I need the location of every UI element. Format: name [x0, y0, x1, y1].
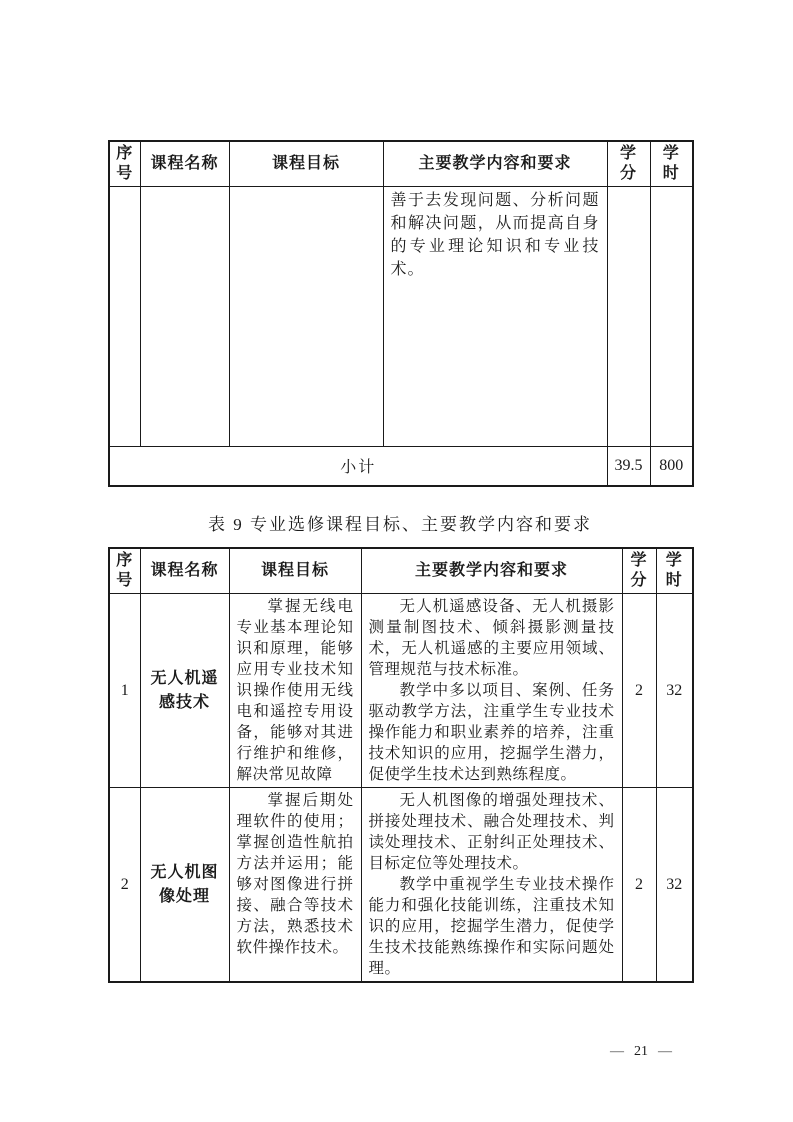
cell-content: 无人机图像的增强处理技术、拼接处理技术、融合处理技术、判读处理技术、正射纠正处理…	[361, 788, 622, 983]
subtotal-credits: 39.5	[607, 447, 650, 486]
subtotal-label: 小计	[109, 447, 607, 486]
cell-goal-empty	[229, 187, 383, 447]
cell-credits-empty	[607, 187, 650, 447]
header-index: 序 号	[109, 548, 140, 594]
cell-hours: 32	[656, 788, 693, 983]
table-row-course-2: 2 无人机图像处理 掌握后期处理软件的使用；掌握创造性航拍方法并运用；能够对图像…	[109, 788, 693, 983]
content-paragraph-2: 教学中多以项目、案例、任务驱动教学方法，注重学生专业技术操作能力和职业素养的培养…	[369, 680, 615, 785]
table1-subtotal-row: 小计 39.5 800	[109, 447, 693, 486]
subtotal-hours: 800	[650, 447, 693, 486]
cell-course-goal: 掌握后期处理软件的使用；掌握创造性航拍方法并运用；能够对图像进行拼接、融合等技术…	[229, 788, 361, 983]
table2-header-row: 序 号 课程名称 课程目标 主要教学内容和要求 学 分 学 时	[109, 548, 693, 594]
table1-body-row: 善于去发现问题、分析问题和解决问题，从而提高自身的专业理论知识和专业技术。	[109, 187, 693, 447]
content-paragraph: 善于去发现问题、分析问题和解决问题，从而提高自身的专业理论知识和专业技术。	[391, 189, 600, 281]
cell-name-empty	[140, 187, 229, 447]
goal-paragraph: 掌握无线电专业基本理论知识和原理，能够应用专业技术知识操作使用无线电和遥控专用设…	[237, 596, 354, 785]
cell-credits: 2	[622, 788, 656, 983]
cell-credits: 2	[622, 594, 656, 788]
header-credits: 学 分	[622, 548, 656, 594]
cell-course-goal: 掌握无线电专业基本理论知识和原理，能够应用专业技术知识操作使用无线电和遥控专用设…	[229, 594, 361, 788]
elective-course-table: 序 号 课程名称 课程目标 主要教学内容和要求 学 分 学 时 1 无人机遥感技…	[108, 547, 694, 983]
table9-caption: 表 9 专业选修课程目标、主要教学内容和要求	[108, 510, 692, 535]
cell-course-name: 无人机图像处理	[140, 788, 229, 983]
course-table-continued: 序 号 课程名称 课程目标 主要教学内容和要求 学 分 学 时 善于去发现问题、…	[108, 140, 694, 487]
content-paragraph-2: 教学中重视学生专业技术操作能力和强化技能训练，注重技术知识的应用，挖掘学生潜力，…	[369, 874, 615, 979]
header-hours: 学 时	[650, 141, 693, 187]
header-credits: 学 分	[607, 141, 650, 187]
cell-index: 2	[109, 788, 140, 983]
cell-index-empty	[109, 187, 140, 447]
content-paragraph-1: 无人机图像的增强处理技术、拼接处理技术、融合处理技术、判读处理技术、正射纠正处理…	[369, 790, 615, 874]
header-course-name: 课程名称	[140, 141, 229, 187]
page-footer: — 21 —	[610, 1044, 672, 1060]
footer-dash-left: —	[610, 1044, 624, 1060]
header-content: 主要教学内容和要求	[361, 548, 622, 594]
header-content: 主要教学内容和要求	[383, 141, 607, 187]
cell-index: 1	[109, 594, 140, 788]
page-number: 21	[634, 1044, 648, 1060]
cell-hours: 32	[656, 594, 693, 788]
content-paragraph-1: 无人机遥感设备、无人机摄影测量制图技术、倾斜摄影测量技术，无人机遥感的主要应用领…	[369, 596, 615, 680]
goal-paragraph: 掌握后期处理软件的使用；掌握创造性航拍方法并运用；能够对图像进行拼接、融合等技术…	[237, 790, 354, 958]
table1-header-row: 序 号 课程名称 课程目标 主要教学内容和要求 学 分 学 时	[109, 141, 693, 187]
cell-content: 无人机遥感设备、无人机摄影测量制图技术、倾斜摄影测量技术，无人机遥感的主要应用领…	[361, 594, 622, 788]
cell-course-name: 无人机遥感技术	[140, 594, 229, 788]
footer-dash-right: —	[658, 1044, 672, 1060]
cell-content: 善于去发现问题、分析问题和解决问题，从而提高自身的专业理论知识和专业技术。	[383, 187, 607, 447]
header-course-name: 课程名称	[140, 548, 229, 594]
cell-hours-empty	[650, 187, 693, 447]
document-page: 序 号 课程名称 课程目标 主要教学内容和要求 学 分 学 时 善于去发现问题、…	[0, 0, 793, 1122]
header-hours: 学 时	[656, 548, 693, 594]
header-index: 序 号	[109, 141, 140, 187]
header-course-goal: 课程目标	[229, 141, 383, 187]
header-course-goal: 课程目标	[229, 548, 361, 594]
table-row-course-1: 1 无人机遥感技术 掌握无线电专业基本理论知识和原理，能够应用专业技术知识操作使…	[109, 594, 693, 788]
